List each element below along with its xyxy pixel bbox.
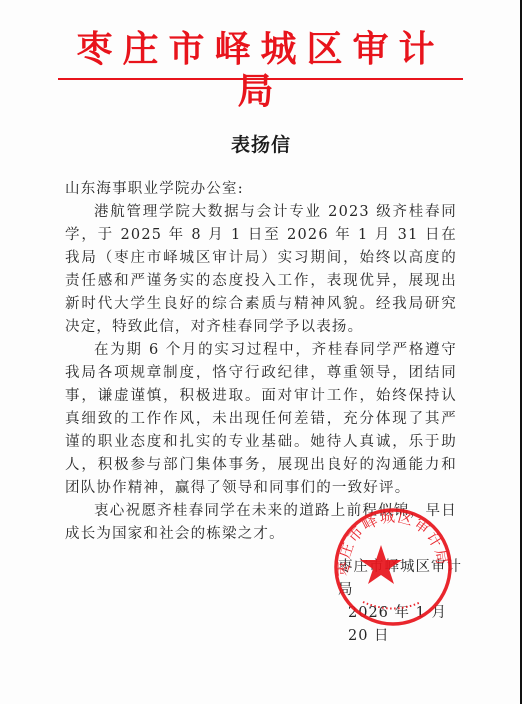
paragraph-1: 港航管理学院大数据与会计专业 2023 级齐桂春同学，于 2025 年 8 月 … — [65, 201, 457, 339]
salutation: 山东海事职业学院办公室: — [65, 178, 457, 201]
paragraph-3: 衷心祝愿齐桂春同学在未来的道路上前程似锦，早日成长为国家和社会的栋梁之才。 — [65, 500, 457, 546]
letterhead-title: 枣庄市峄城区审计局 — [58, 28, 463, 112]
letter-body: 山东海事职业学院办公室: 港航管理学院大数据与会计专业 2023 级齐桂春同学，… — [65, 178, 457, 546]
document-title: 表扬信 — [0, 130, 522, 157]
letterhead-rule — [58, 78, 463, 80]
issuer-name: 枣庄市峄城区审计局 — [338, 556, 468, 602]
paragraph-2: 在为期 6 个月的实习过程中，齐桂春同学严格遵守我局各项规章制度，恪守行政纪律，… — [65, 339, 457, 500]
issue-date: 2026 年 1 月 20 日 — [338, 602, 468, 648]
signature-block: 枣庄市峄城区审计局 2026 年 1 月 20 日 — [338, 556, 468, 648]
